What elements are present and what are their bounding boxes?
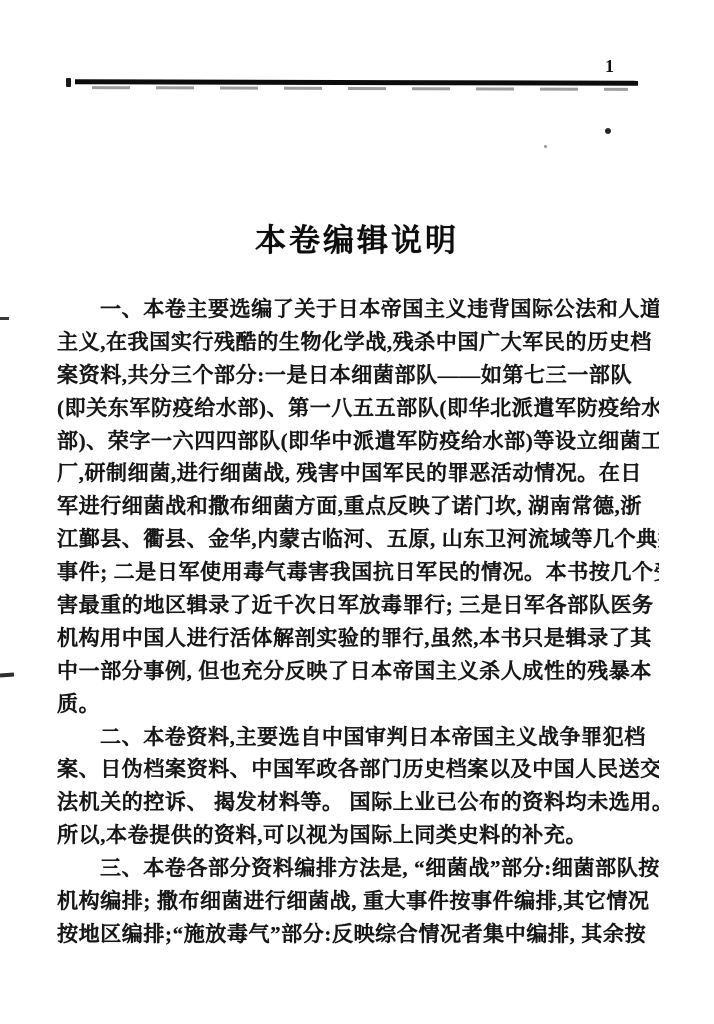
text-line: 质。	[57, 688, 659, 721]
text-line: 部)、荣字一六四四部队(即华中派遣军防疫给水部)等设立细菌工	[57, 425, 659, 458]
text-line: 法机关的控诉、 揭发材料等。 国际上业已公布的资料均未选用。	[57, 786, 659, 819]
left-edge-mark	[0, 317, 9, 320]
scan-dot-artifact	[605, 128, 611, 134]
text-line: 三、本卷各部分资料编排方法是, “细菌战”部分:细菌部队按	[57, 852, 659, 885]
text-line: 案资料,共分三个部分:一是日本细菌部队——如第七三一部队	[57, 359, 659, 392]
header-rule	[75, 79, 638, 85]
page-title: 本卷编辑说明	[0, 215, 714, 260]
text-line: 机构用中国人进行活体解剖实验的罪行,虽然,本书只是辑录了其	[57, 622, 659, 655]
header-rule-smudge	[92, 86, 628, 91]
text-line: 主义,在我国实行残酷的生物化学战,残杀中国广大军民的历史档	[57, 326, 659, 359]
body-text: 一、本卷主要选编了关于日本帝国主义违背国际公法和人道 主义,在我国实行残酷的生物…	[57, 293, 659, 951]
scan-speck	[66, 78, 71, 87]
document-page: 1 本卷编辑说明 一、本卷主要选编了关于日本帝国主义违背国际公法和人道 主义,在…	[0, 0, 714, 1024]
scan-speck-artifact	[544, 145, 547, 148]
text-line: (即关东军防疫给水部)、第一八五五部队(即华北派遣军防疫给水	[57, 392, 659, 425]
page-number: 1	[605, 56, 614, 77]
text-line: 中一部分事例, 但也充分反映了日本帝国主义杀人成性的残暴本	[57, 655, 659, 688]
text-line: 害最重的地区辑录了近千次日军放毒罪行; 三是日军各部队医务	[57, 589, 659, 622]
text-line: 一、本卷主要选编了关于日本帝国主义违背国际公法和人道	[57, 293, 659, 326]
text-line: 军进行细菌战和撒布细菌方面,重点反映了诺门坎, 湖南常德,浙	[57, 490, 659, 523]
left-edge-mark	[0, 673, 14, 678]
text-line: 机构编排; 撒布细菌进行细菌战, 重大事件按事件编排,其它情况	[57, 885, 659, 918]
text-line: 江鄞县、衢县、金华,内蒙古临河、五原, 山东卫河流域等几个典型	[57, 523, 659, 556]
text-line: 厂,研制细菌,进行细菌战, 残害中国军民的罪恶活动情况。在日	[57, 457, 659, 490]
text-line: 事件; 二是日军使用毒气毒害我国抗日军民的情况。本书按几个受	[57, 556, 659, 589]
text-line: 所以,本卷提供的资料,可以视为国际上同类史料的补充。	[57, 819, 659, 852]
text-line: 案、日伪档案资料、中国军政各部门历史档案以及中国人民送交政	[57, 753, 659, 786]
text-line: 按地区编排;“施放毒气”部分:反映综合情况者集中编排, 其余按	[57, 918, 659, 951]
text-line: 二、本卷资料,主要选自中国审判日本帝国主义战争罪犯档	[57, 721, 659, 754]
